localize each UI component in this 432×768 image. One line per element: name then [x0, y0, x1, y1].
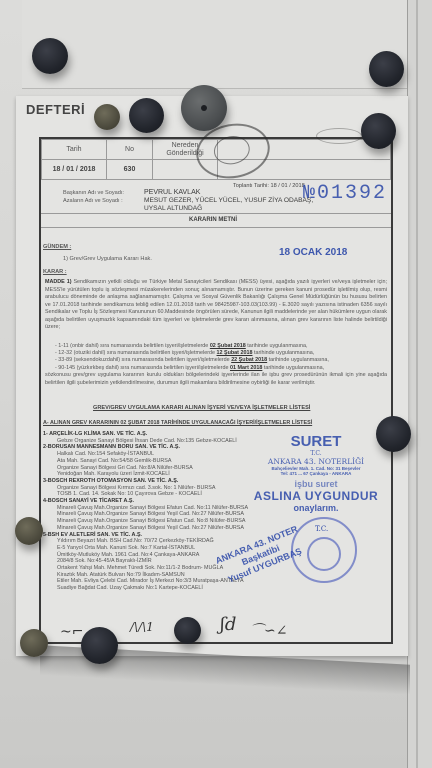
schedule-list: - 1-11 (onbir dahil) sıra numarasında be… — [55, 343, 329, 372]
notary-stamp-phone: Tel: 471 ... 67 Çankaya - ANKARA — [251, 471, 381, 476]
company-address: Yenidoğan Mah. Karayolu üzeri İzmit-KOCA… — [43, 471, 248, 478]
cell-date: 18 / 01 / 2018 — [42, 160, 107, 180]
company-list: 1- ARÇELİK-LG KLİMA SAN. VE TİC. A.Ş. Ge… — [43, 431, 248, 592]
chair-label: Başkanın Adı ve Soyadı: — [63, 190, 124, 196]
magnet — [129, 98, 164, 133]
magnet — [32, 38, 68, 74]
closing-paragraph: sözkonusu grev/grev uygulama kararının k… — [41, 372, 391, 387]
members-label: Azaların Adı ve Soyadı : — [63, 198, 123, 204]
notary-stamp-title: SURET — [251, 433, 381, 450]
notary-stamp-office: ANKARA 43. NOTERLİĞİ — [251, 457, 381, 466]
notary-seal-inner — [307, 537, 341, 571]
cell-no: 630 — [107, 160, 153, 180]
notary-certify-line1: işbu suret — [251, 479, 381, 489]
magnet — [181, 85, 227, 131]
schedule-item: - 33-89 (seksendokuzdahil) sıra numarası… — [55, 357, 329, 364]
schedule-item: - 1-11 (onbir dahil) sıra numarasında be… — [55, 343, 329, 350]
members-value-line2: UYSAL ALTUNDAĞ — [144, 205, 202, 212]
article-text: Sendikamızın yetkili olduğu ve Türkiye M… — [45, 279, 387, 330]
section-title: KARARIN METNİ — [189, 217, 237, 223]
list-title: GREV/GREV UYGULAMA KARARI ALINAN İŞYERİ … — [93, 405, 310, 411]
company-address: Minareli Çavuş Mah.Organize Sanayi Bölge… — [43, 518, 248, 525]
agenda-item: 1) Grev/Grev Uygulama Kararı Hak. — [63, 256, 152, 262]
notary-stamp-tc: T.C. — [251, 450, 381, 457]
col-header-no: No — [107, 140, 153, 160]
meeting-date-value: 18 / 01 / 2018 — [271, 183, 305, 189]
company-address: Minareli Çavuş Mah.Organize Sanayi Bölge… — [43, 525, 248, 532]
company-address: Minareli Çavuş Mah.Organize Sanayi Bölge… — [43, 505, 248, 512]
magnet — [376, 416, 411, 452]
article-label: MADDE 1) — [45, 279, 72, 285]
company-name: 1- ARÇELİK-LG KLİMA SAN. VE TİC. A.Ş. — [43, 431, 248, 438]
company-address: E-5 Yanyol Orta Mah. Kanuni Sok. No:7 Ka… — [43, 545, 248, 552]
magnet — [361, 113, 396, 149]
company-address: Halkalı Cad. No:154 Sefaköy-İSTANBUL — [43, 451, 248, 458]
book-label: DEFTERİ — [26, 102, 85, 117]
notary-certify-line3: onaylarım. — [251, 503, 381, 513]
agenda-label: GÜNDEM : — [43, 244, 71, 250]
schedule-item: - 90-145 (yüzkırkbeş dahil) sıra numaras… — [55, 365, 329, 372]
decision-label: KARAR : — [43, 269, 67, 275]
notary-certify-line2: ASLINA UYGUNDUR — [251, 489, 381, 503]
office-round-stamp-inner — [212, 133, 252, 167]
article-paragraph: MADDE 1) Sendikamızın yetkili olduğu ve … — [41, 279, 391, 332]
divider — [41, 213, 391, 214]
company-address: Yıldırım Beyazıt Mah. BSH Cad.No: 70/72 … — [43, 538, 248, 545]
list-subtitle: A- ALINAN GREV KARARININ 02 ŞUBAT 2018 T… — [43, 420, 312, 426]
magnet — [20, 629, 48, 657]
col-header-date: Tarih — [42, 140, 107, 160]
meeting-date-label: Toplantı Tarihi: — [233, 183, 269, 189]
company-address: Ata Mah. Sanayi Cad. No:54/58 Gemlik-BUR… — [43, 458, 248, 465]
date-stamp: 18 OCAK 2018 — [279, 247, 347, 258]
meeting-date: Toplantı Tarihi: 18 / 01 / 2018 — [233, 183, 305, 189]
board-frame-rail — [407, 0, 432, 768]
company-name: 3-BOSCH REXROTH OTOMASYON SAN. VE TİC. A… — [43, 478, 248, 485]
board-panel — [22, 0, 408, 89]
company-name: 4-BOSCH SANAYİ VE TİCARET A.Ş. — [43, 498, 248, 505]
members-value-line1: MESUT GEZER, YÜCEL YÜCEL, YUSUF ZİYA ODA… — [144, 197, 313, 204]
notary-stamp: SURET T.C. ANKARA 43. NOTERLİĞİ Bahçelie… — [251, 433, 381, 513]
magnet — [15, 517, 43, 545]
signature: ʃd — [220, 614, 236, 635]
document-frame: Tarih No Nereden Gönderildiği 18 / 01 / … — [39, 137, 393, 644]
schedule-item: - 12-32 (otuziki dahil) sıra numarasında… — [55, 350, 329, 357]
company-address: Minareli Çavuş Mah.Organize Sanayi Bölge… — [43, 511, 248, 518]
signature: /\/\1 — [130, 620, 154, 634]
signature: ⌒∽∠ — [250, 620, 287, 640]
faint-stamp — [316, 128, 362, 144]
magnet — [81, 627, 118, 664]
serial-number-stamp: №01392 — [303, 182, 387, 205]
magnet — [174, 617, 201, 644]
notary-seal-text: T.C. — [315, 525, 328, 533]
divider — [41, 227, 391, 228]
signature: ~⌐ — [60, 624, 83, 640]
magnet — [369, 51, 404, 87]
notary-seal: T.C. — [291, 517, 357, 583]
company-address: Suadiye Bağdat Cad. Uzay Çakmakı No:1 Ka… — [43, 585, 248, 592]
board-frame-edge — [416, 0, 418, 768]
magnet — [94, 104, 120, 130]
chair-value: PEVRUL KAVLAK — [144, 189, 200, 196]
